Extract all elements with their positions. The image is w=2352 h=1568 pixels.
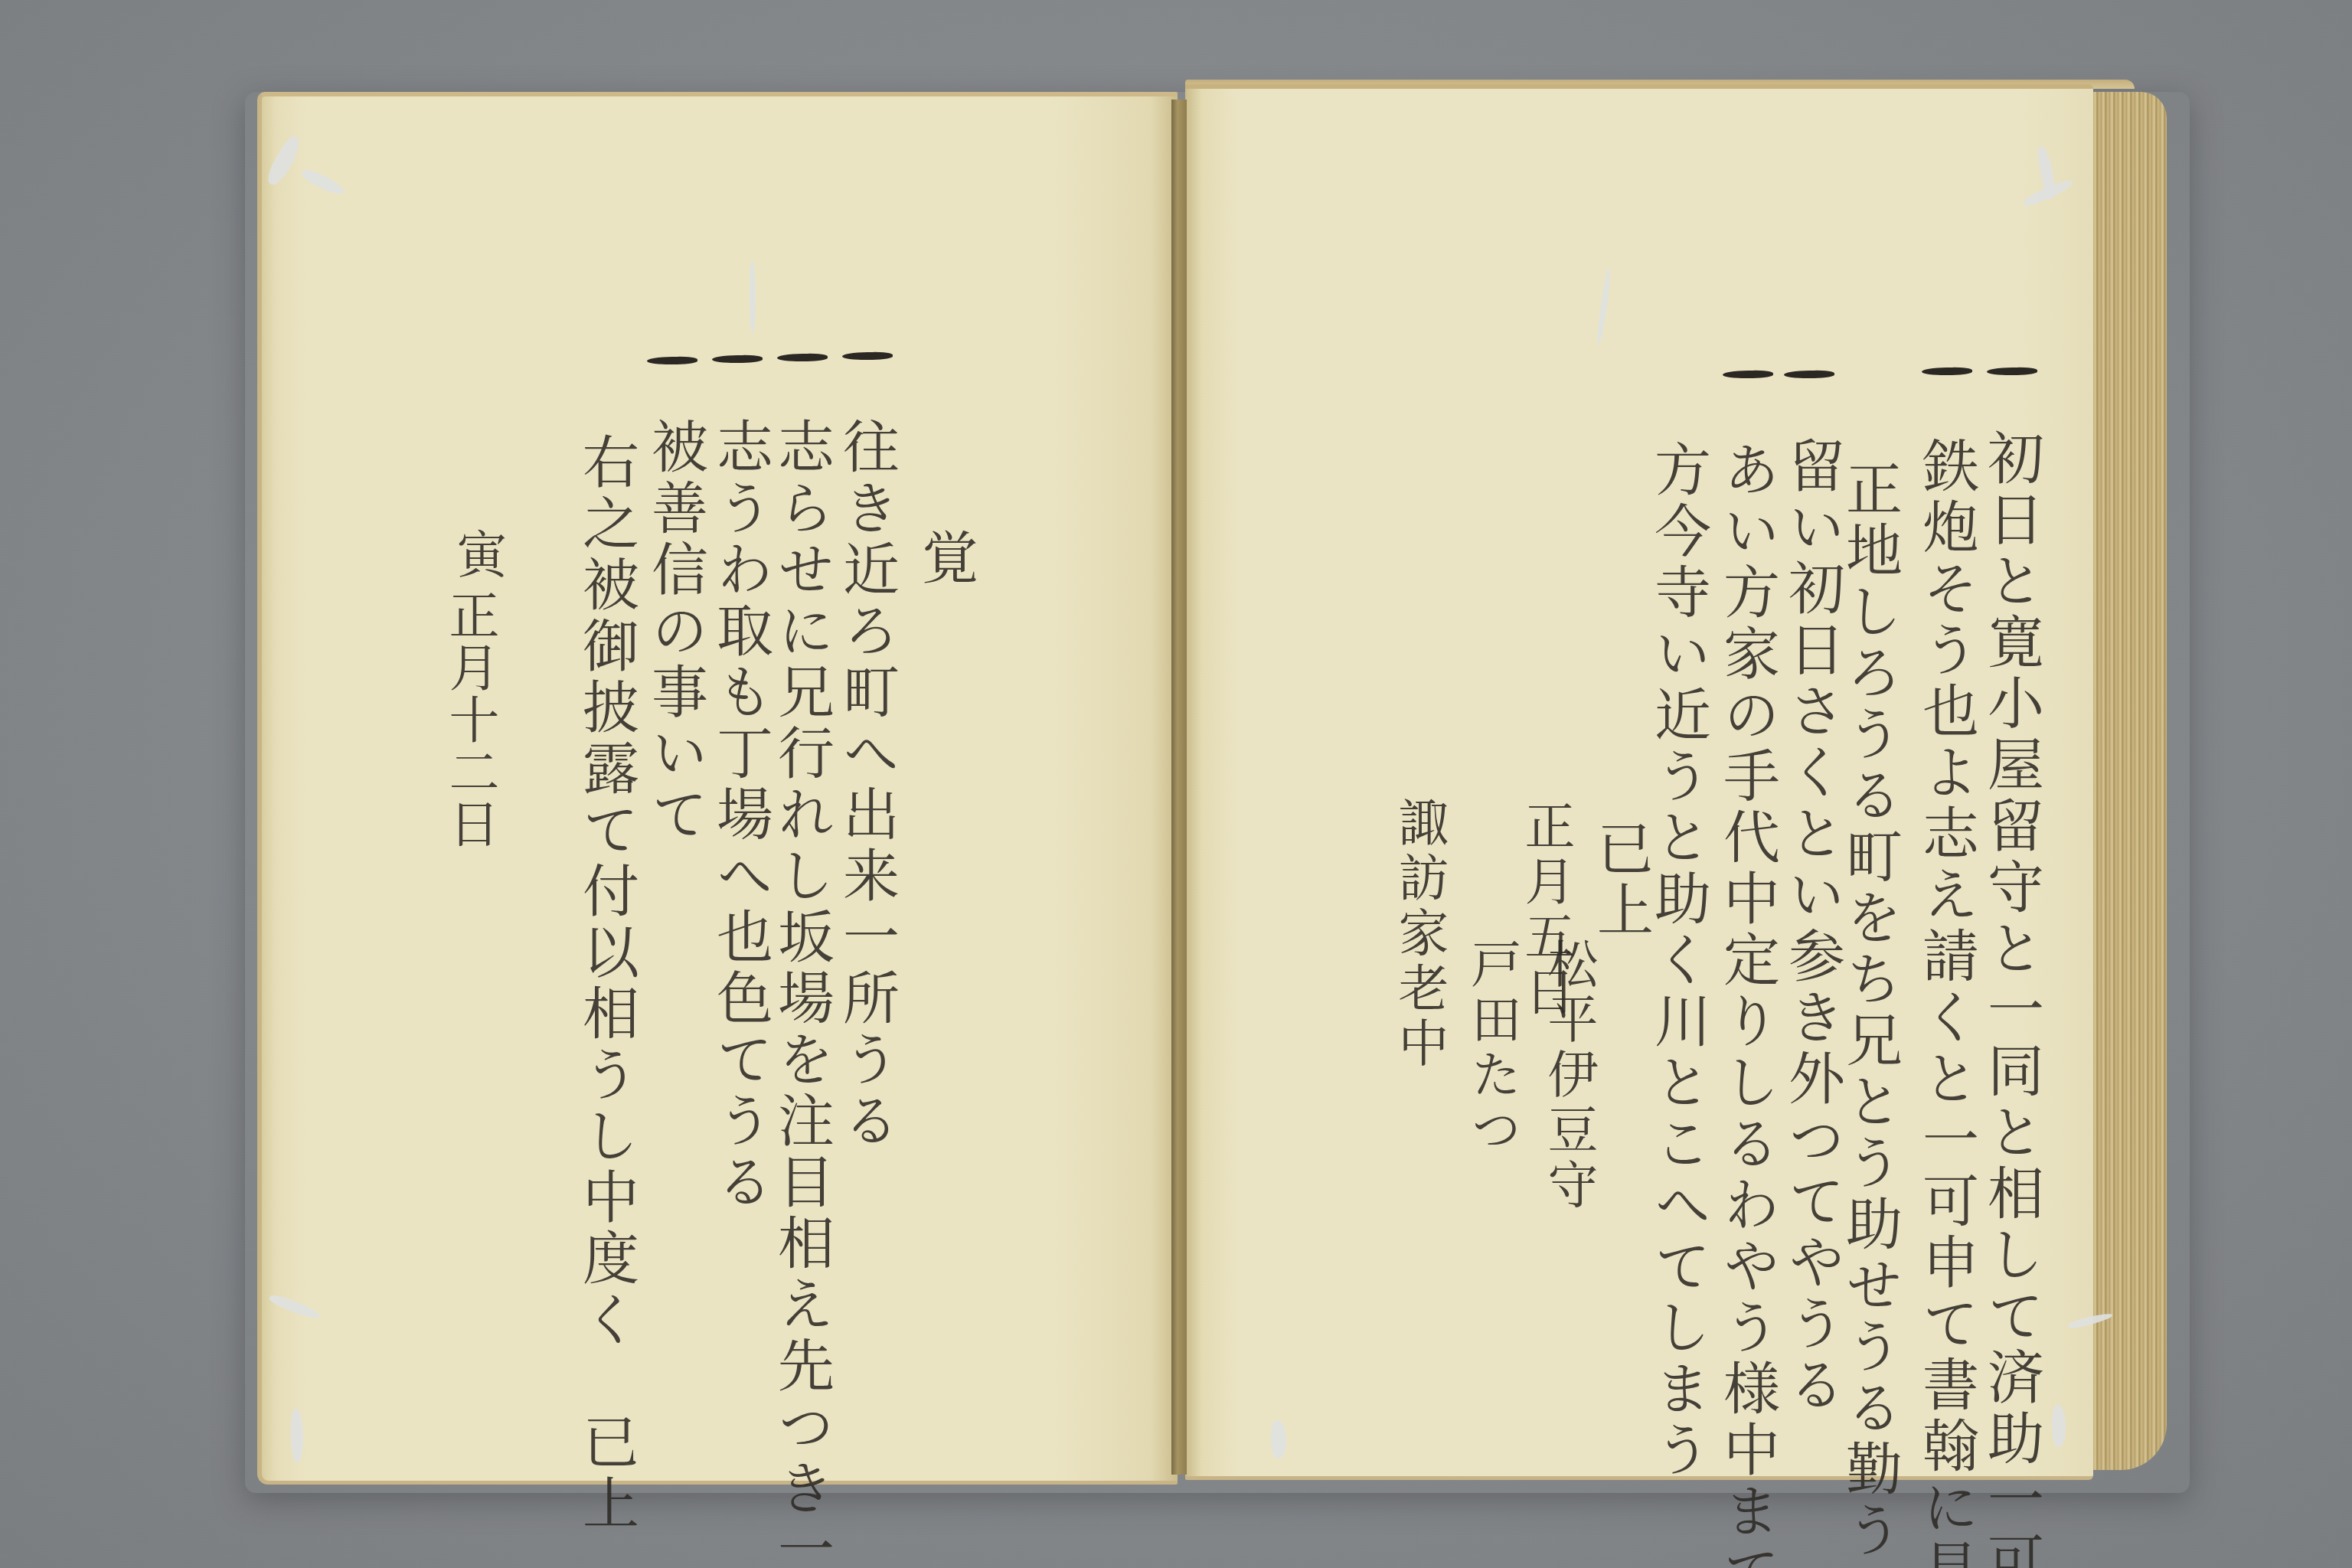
text-column: 志うわ取も丁場へ也色てうる: [712, 417, 769, 1106]
text-column: あい方家の手代中定りしるわやう様中まて取: [1719, 440, 1775, 1512]
addressee: 諏訪家老中: [1393, 796, 1444, 1072]
text-column: 志らせに兄行れし坂場を注目相え先つき一可申事: [773, 417, 830, 1336]
text-column: 右之被御披露て付以相うし中度く 已上: [578, 433, 635, 1198]
wormhole-damage: [1271, 1420, 1286, 1459]
page-stack-fore-edge: [2093, 92, 2167, 1470]
text-column: 往き近ろ町へ出来一所うる: [838, 417, 895, 1183]
closing-mark: 已上: [1592, 819, 1649, 942]
spine-gutter: [1171, 100, 1187, 1475]
text-column: 初日と寛小屋留守と一同と相して済助一可申事: [1983, 429, 2040, 1401]
date: 正月十二日: [444, 590, 495, 850]
text-column: 被善信の事いて: [647, 417, 704, 953]
year: 寅: [452, 528, 502, 583]
text-column: 方今寺い近うと助く川とこへてしまう: [1650, 440, 1707, 1282]
heading: 覚: [917, 528, 974, 590]
signatory: 松平伊豆守: [1543, 938, 1593, 1214]
text-column: 留い初日さくとい参き外つてやうる: [1784, 436, 1841, 1202]
text-column: 正地しろうる町をち兄とう助せうる勤うる: [1841, 459, 1898, 1363]
signatory: 戸田たつ: [1466, 938, 1517, 1158]
text-column: 鉄炮そう也よ志え請くと一可申て書翰に見せて: [1918, 436, 1975, 1455]
